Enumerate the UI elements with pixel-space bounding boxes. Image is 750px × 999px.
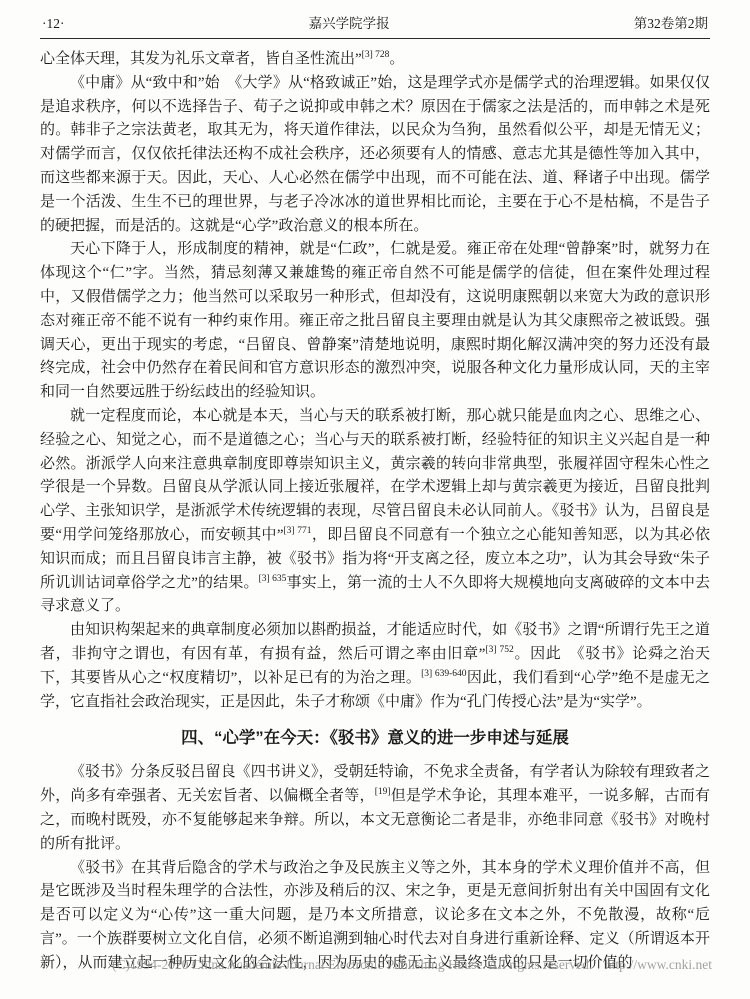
- page-header: ·12· 嘉兴学院学报 第32卷第2期: [40, 13, 710, 39]
- citation-superscript: [3] 752: [485, 645, 513, 655]
- citation-superscript: [3] 639-640: [421, 669, 466, 679]
- page-number: ·12·: [42, 15, 65, 33]
- paragraph: 就一定程度而论，本心就是本天，当心与天的联系被打断，那心就只能是血肉之心、思维之…: [40, 405, 710, 619]
- section-heading: 四、“心学”在今天：《驳书》意义的进一步申述与延展: [40, 726, 710, 751]
- paragraph: 天心下降于人，形成制度的精神，就是“仁政”，仁就是爱。雍正帝在处理“曾静案”时，…: [40, 238, 710, 405]
- paragraph: 心全体天理，其发为礼乐文章者，皆自圣性流出”[3] 728。: [40, 48, 710, 72]
- journal-title: 嘉兴学院学报: [309, 15, 390, 33]
- volume-issue: 第32卷第2期: [634, 15, 708, 33]
- paragraph: 《中庸》从“致中和”始 《大学》从“格致诚正”始，这是理学式亦是儒学式的治理逻辑…: [40, 72, 710, 239]
- citation-superscript: [3] 771: [284, 526, 312, 536]
- paragraph: 《驳书》在其背后隐含的学术与政治之争及民族主义等之外，其本身的学术义理价值并不高…: [40, 857, 710, 976]
- journal-page: ·12· 嘉兴学院学报 第32卷第2期 心全体天理，其发为礼乐文章者，皆自圣性流…: [0, 0, 750, 999]
- citation-superscript: [3] 635: [259, 574, 287, 584]
- paragraph: 由知识构架起来的典章制度必须加以斟酌损益，才能适应时代，如《驳书》之谓“所谓行先…: [40, 619, 710, 714]
- citation-superscript: [3] 728: [362, 50, 390, 60]
- citation-superscript: [19]: [375, 787, 391, 797]
- paragraph: 《驳书》分条反驳吕留良《四书讲义》，受朝廷特谕，不免求全责备，有学者认为除较有理…: [40, 761, 710, 856]
- article-body: 心全体天理，其发为礼乐文章者，皆自圣性流出”[3] 728。《中庸》从“致中和”…: [40, 48, 710, 975]
